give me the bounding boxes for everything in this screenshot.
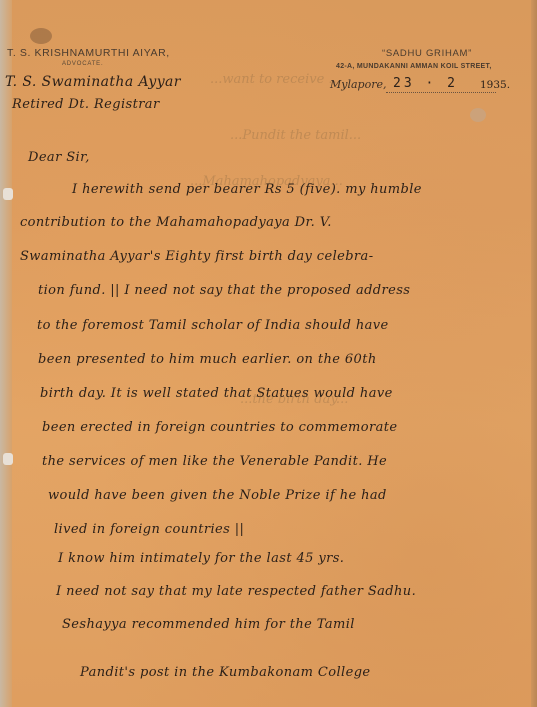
- sender-title: ADVOCATE.: [62, 61, 103, 67]
- body-line: Seshayya recommended him for the Tamil: [62, 617, 355, 632]
- body-line: Swaminatha Ayyar's Eighty first birth da…: [20, 249, 374, 264]
- paper-blemish: [470, 108, 486, 122]
- body-line: tion fund. || I need not say that the pr…: [38, 283, 410, 298]
- place-name: Mylapore,: [330, 78, 386, 91]
- body-line: the services of men like the Venerable P…: [42, 454, 387, 469]
- letter-sheet: ...want to receive ... ...Pundit the tam…: [0, 0, 537, 707]
- body-line: Pandit's post in the Kumbakonam College: [80, 665, 371, 680]
- body-line: birth day. It is well stated that Statue…: [40, 386, 393, 401]
- recipient-title: Retired Dt. Registrar: [12, 97, 160, 112]
- show-through-text: ...Pundit the tamil...: [230, 128, 361, 143]
- body-line: I need not say that my late respected fa…: [56, 584, 416, 599]
- body-line: lived in foreign countries ||: [54, 522, 244, 537]
- body-line: contribution to the Mahamahopadyaya Dr. …: [20, 215, 332, 230]
- house-name: “SADHU GRIHAM”: [382, 48, 472, 59]
- date-day-month: 23 · 2: [393, 76, 458, 91]
- date-year: 1935.: [480, 79, 510, 91]
- show-through-text: ...want to receive ...: [210, 72, 341, 87]
- recipient-name: T. S. Swaminatha Ayyar: [5, 74, 181, 90]
- body-line: I know him intimately for the last 45 yr…: [58, 551, 344, 566]
- place-date-line: Mylapore, 23 · 2 1935.: [330, 78, 520, 96]
- body-line: been presented to him much earlier. on t…: [38, 352, 377, 367]
- body-line: would have been given the Noble Prize if…: [48, 488, 387, 503]
- sender-name: T. S. KRISHNAMURTHI AIYAR,: [7, 47, 170, 59]
- punch-hole: [3, 453, 13, 465]
- punch-hole: [3, 188, 13, 200]
- body-line: I herewith send per bearer Rs 5 (five). …: [72, 182, 422, 197]
- body-line: to the foremost Tamil scholar of India s…: [37, 318, 389, 333]
- ink-stain: [30, 28, 52, 44]
- street-address: 42-A, MUNDAKANNI AMMAN KOIL STREET,: [336, 63, 492, 70]
- scan-right-edge: [531, 0, 537, 707]
- body-line: been erected in foreign countries to com…: [42, 420, 397, 435]
- scan-left-edge: [0, 0, 12, 707]
- salutation: Dear Sir,: [28, 150, 90, 165]
- dotted-rule: [386, 92, 496, 93]
